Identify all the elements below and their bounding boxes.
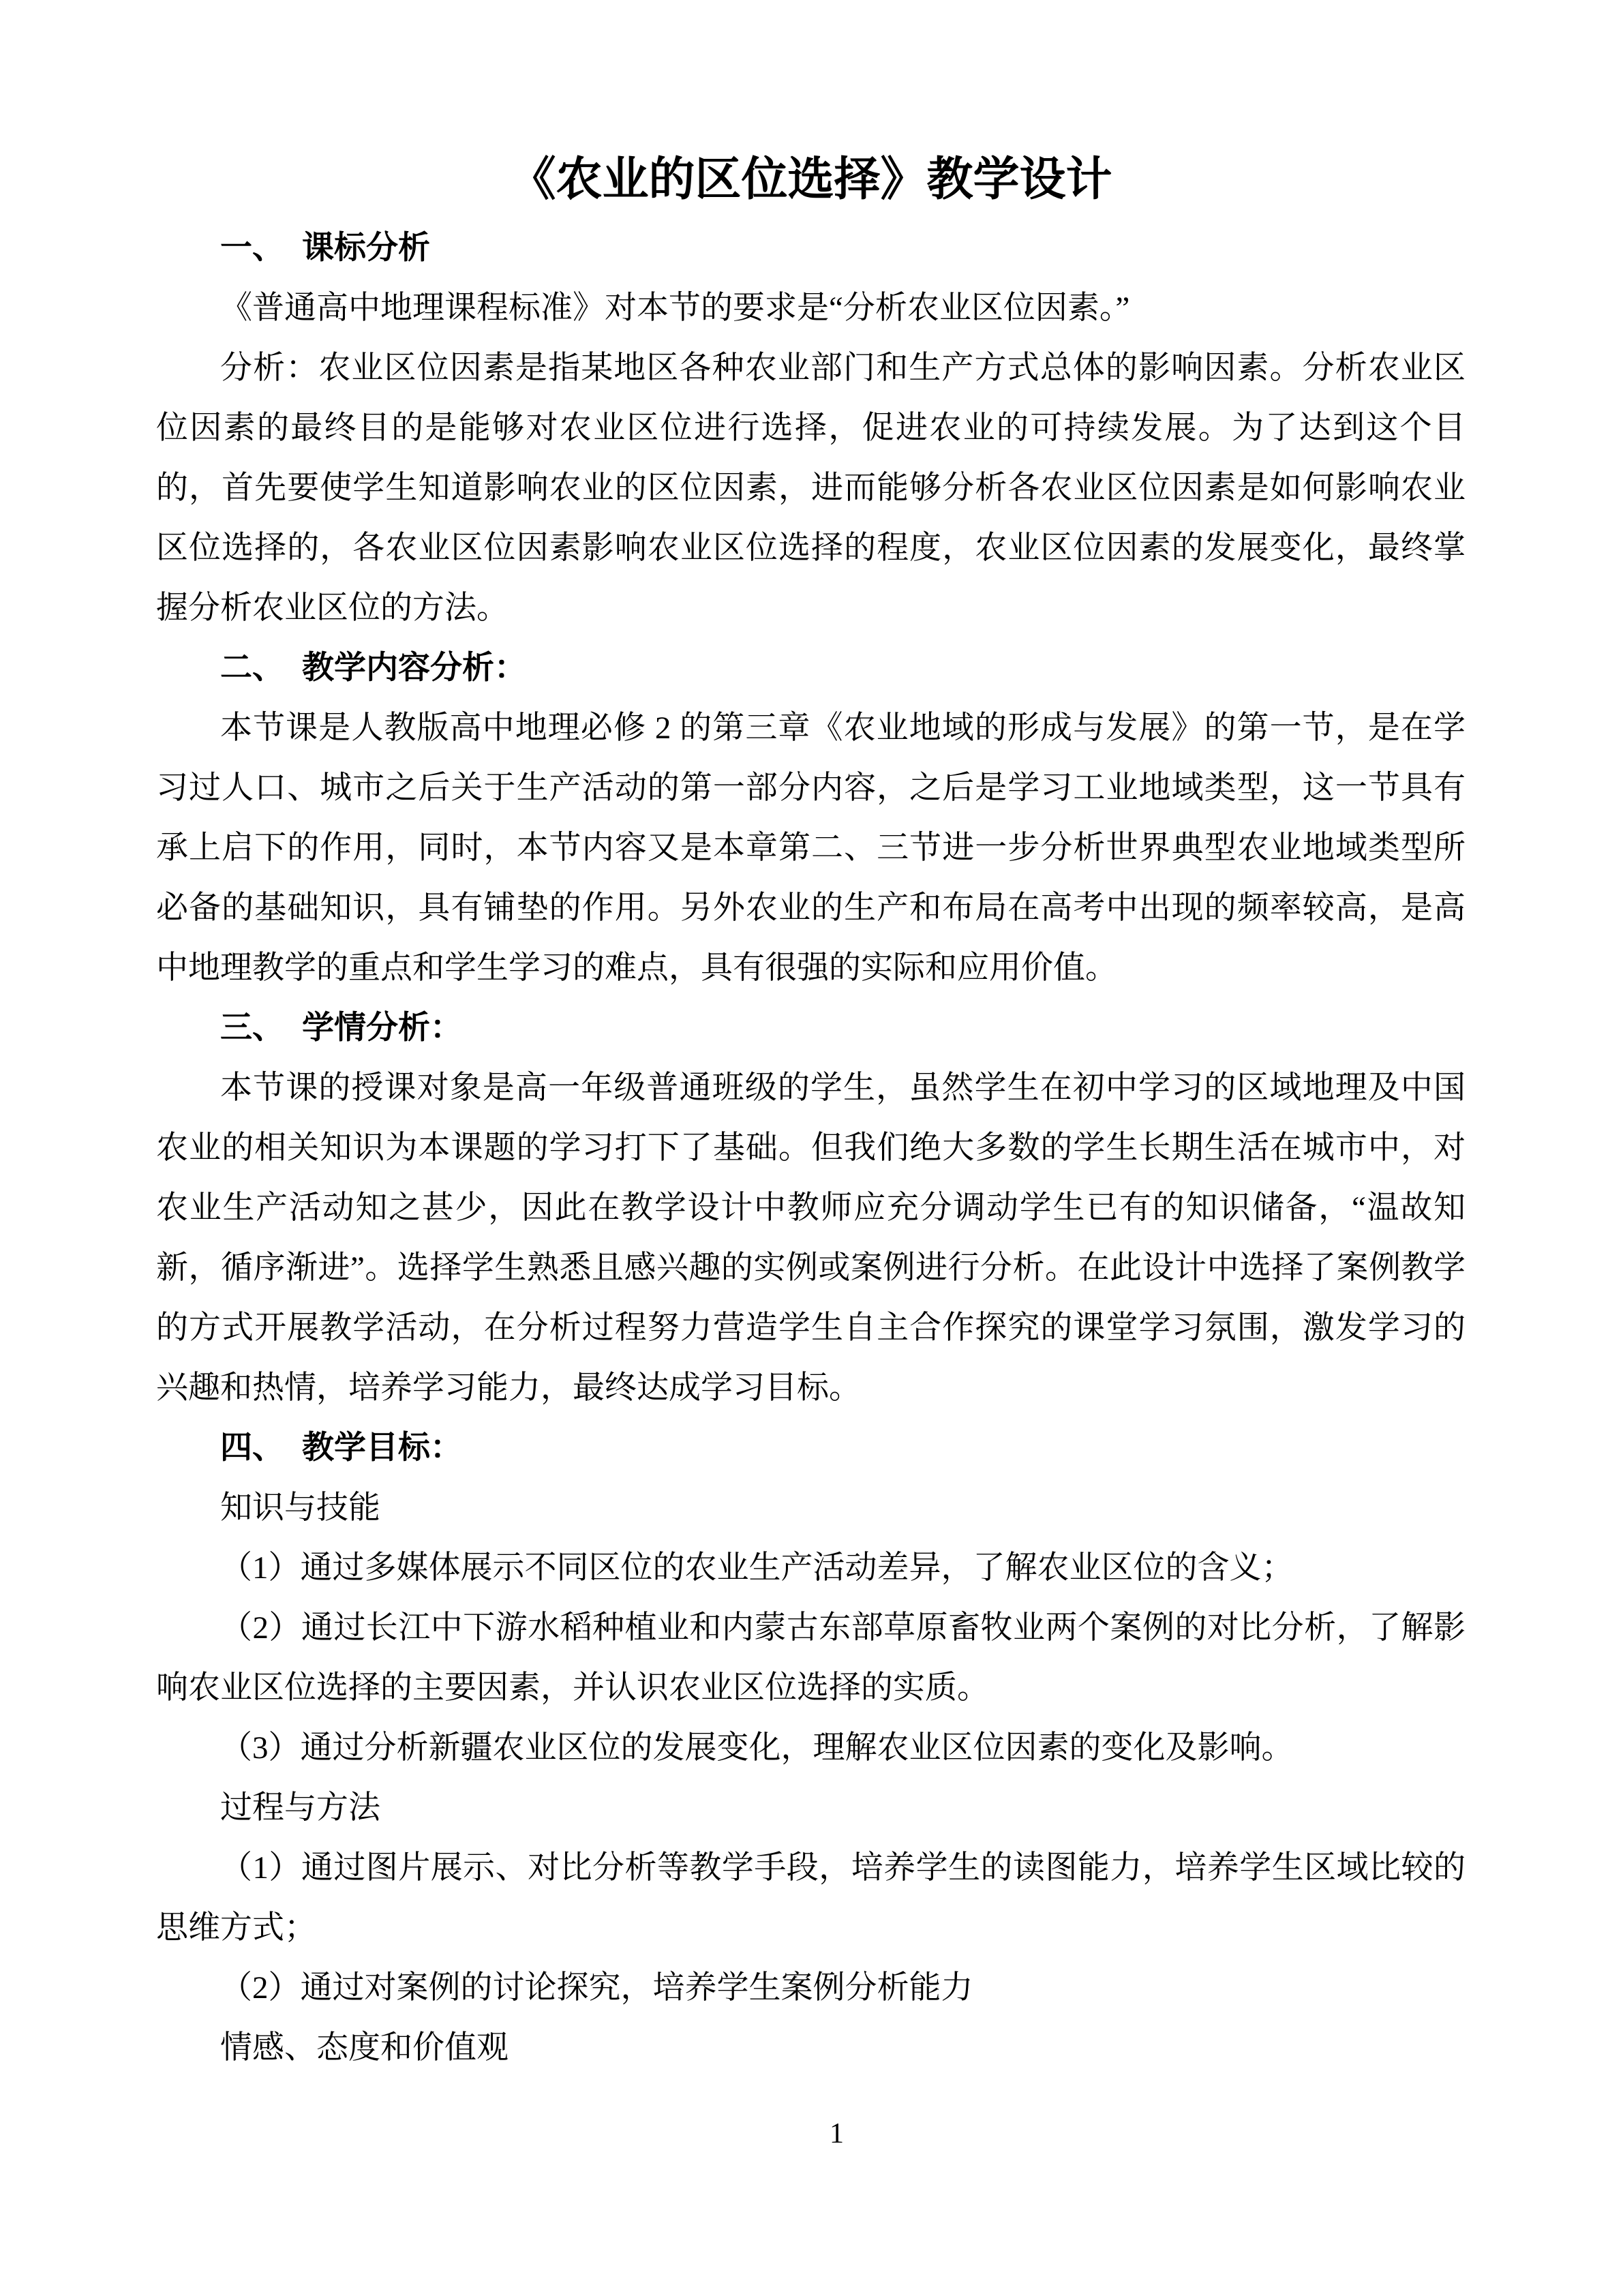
paragraph-standard-analysis: 分析：农业区位因素是指某地区各种农业部门和生产方式总体的影响因素。分析农业区位因… [156, 338, 1466, 638]
section-heading-4: 四、教学目标： [156, 1418, 1466, 1478]
list-item-ks-1: （1）通过多媒体展示不同区位的农业生产活动差异，了解农业区位的含义； [156, 1538, 1466, 1598]
list-item-ks-3: （3）通过分析新疆农业区位的发展变化，理解农业区位因素的变化及影响。 [156, 1718, 1466, 1778]
paragraph-student-analysis: 本节课的授课对象是高一年级普通班级的学生，虽然学生在初中学习的区域地理及中国农业… [156, 1058, 1466, 1418]
section-number: 二、 [220, 650, 284, 686]
section-number: 三、 [220, 1010, 284, 1046]
subheading-knowledge-skills: 知识与技能 [156, 1478, 1466, 1538]
subheading-emotion-values: 情感、态度和价值观 [156, 2018, 1466, 2078]
section-number: 一、 [220, 230, 284, 266]
section-title: 课标分析 [302, 230, 430, 266]
section-heading-3: 三、学情分析： [156, 998, 1466, 1058]
page-number: 1 [50, 2116, 1623, 2151]
page-title: 《农业的区位选择》教学设计 [156, 140, 1466, 218]
paragraph-course-standard: 《普通高中地理课程标准》对本节的要求是“分析农业区位因素。” [156, 278, 1466, 338]
list-item-ks-2: （2）通过长江中下游水稻种植业和内蒙古东部草原畜牧业两个案例的对比分析，了解影响… [156, 1598, 1466, 1718]
section-title: 学情分析： [302, 1010, 462, 1046]
section-heading-1: 一、课标分析 [156, 218, 1466, 278]
list-item-pm-2: （2）通过对案例的讨论探究，培养学生案例分析能力 [156, 1958, 1466, 2018]
list-item-pm-1: （1）通过图片展示、对比分析等教学手段，培养学生的读图能力，培养学生区域比较的思… [156, 1838, 1466, 1958]
document-page: 《农业的区位选择》教学设计 一、课标分析 《普通高中地理课程标准》对本节的要求是… [0, 0, 1623, 2296]
section-title: 教学内容分析： [302, 650, 526, 686]
section-heading-2: 二、教学内容分析： [156, 638, 1466, 698]
paragraph-content-analysis: 本节课是人教版高中地理必修 2 的第三章《农业地域的形成与发展》的第一节，是在学… [156, 698, 1466, 998]
section-title: 教学目标： [302, 1430, 462, 1466]
subheading-process-method: 过程与方法 [156, 1778, 1466, 1838]
document-body: 《农业的区位选择》教学设计 一、课标分析 《普通高中地理课程标准》对本节的要求是… [156, 140, 1466, 2078]
section-number: 四、 [220, 1430, 284, 1466]
